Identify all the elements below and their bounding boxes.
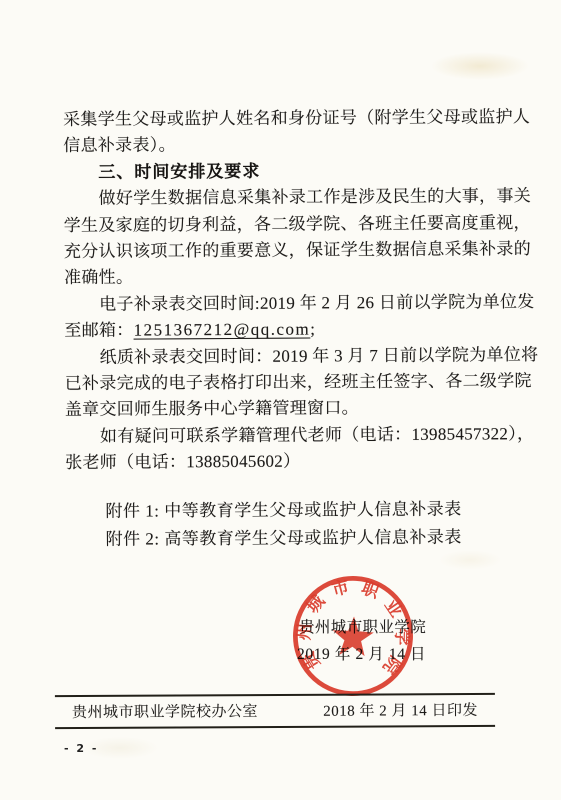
paragraph-line: 至邮箱：1251367212@qq.com; (64, 315, 516, 344)
document-body: 采集学生父母或监护人姓名和身份证号（附学生父母或监护人 信息补录表）。 三、时间… (63, 104, 518, 554)
footer-print-date: 2018 年 2 月 14 日印发 (323, 699, 495, 721)
attachments-list: 附件 1: 中等教育学生父母或监护人信息补录表 附件 2: 高等教育学生父母或监… (65, 495, 517, 555)
paragraph-line: 学生及家庭的切身利益，各二级学院、各班主任要高度重视， (64, 210, 516, 239)
paragraph-line: 准确性。 (64, 263, 516, 292)
paragraph-line: 如有疑问可联系学籍管理代老师（电话：13985457322）， (65, 421, 517, 450)
email-label: 至邮箱： (64, 321, 133, 340)
scanned-document-page: 采集学生父母或监护人姓名和身份证号（附学生父母或监护人 信息补录表）。 三、时间… (0, 0, 561, 800)
footer-issuing-office: 贵州城市职业学院校办公室 (55, 700, 258, 722)
attachment-item: 附件 2: 高等教育学生父母或监护人信息补录表 (106, 523, 518, 554)
paragraph-line: 已补录完成的电子表格打印出来，经班主任签字、各二级学院 (65, 368, 517, 397)
paragraph-line: 电子补录表交回时间:2019 年 2 月 26 日前以学院为单位发 (64, 289, 516, 318)
email-suffix: ; (310, 320, 315, 339)
seal-star-icon (331, 615, 374, 656)
paragraph-line: 充分认识该项工作的重要意义，保证学生数据信息采集补录的 (64, 236, 516, 265)
section-heading: 三、时间安排及要求 (63, 157, 515, 186)
paragraph-line: 信息补录表）。 (63, 131, 515, 160)
paragraph-line: 做好学生数据信息采集补录工作是涉及民生的大事，事关 (63, 183, 515, 212)
page-number: - 2 - (64, 742, 98, 755)
paragraph-line: 张老师（电话：13885045602） (65, 448, 517, 477)
paragraph-line: 采集学生父母或监护人姓名和身份证号（附学生父母或监护人 (63, 104, 515, 133)
official-red-seal: 贵州城市职业学院 (277, 560, 428, 711)
attachment-item: 附件 1: 中等教育学生父母或监护人信息补录表 (105, 495, 517, 526)
document-footer: 贵州城市职业学院校办公室 2018 年 2 月 14 日印发 (55, 693, 495, 729)
email-address: 1251367212@qq.com (134, 320, 311, 340)
paragraph-line: 盖章交回师生服务中心学籍管理窗口。 (65, 395, 517, 424)
paragraph-line: 纸质补录表交回时间：2019 年 3 月 7 日前以学院为单位将 (64, 342, 516, 371)
